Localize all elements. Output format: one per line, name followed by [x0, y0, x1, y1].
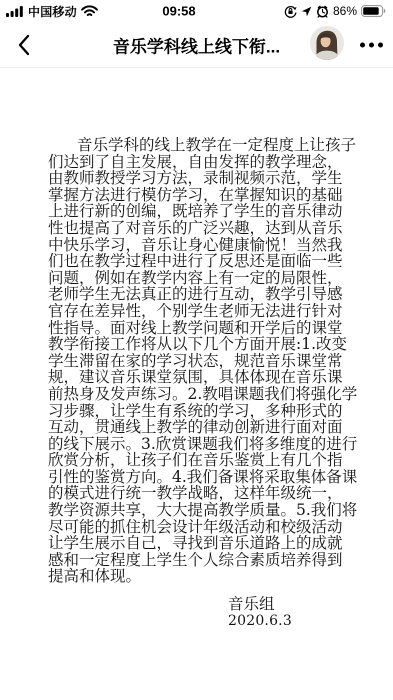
more-button[interactable]: [358, 38, 385, 51]
document-line: 上进行新的创编，既培养了学生的音乐律动: [48, 203, 345, 220]
document-scroll-area[interactable]: 音乐学科的线上教学在一定程度上让孩子们达到了自主发展，自由发挥的教学理念，由教师…: [0, 68, 393, 700]
signature-date: 2020.6.3: [228, 613, 345, 630]
document-line: 官存在差异性，个别学生老师无法进行针对: [48, 303, 345, 320]
document-line: 性指导。面对线上教学问题和开学后的课堂: [48, 320, 345, 337]
signature-block: 音乐组 2020.6.3: [48, 596, 345, 629]
back-button[interactable]: [8, 30, 40, 60]
document-line: 的模式进行统一教学战略，这样年级统一，: [48, 485, 345, 502]
battery-percent-label: 86%: [333, 4, 357, 18]
document-body: 音乐学科的线上教学在一定程度上让孩子们达到了自主发展，自由发挥的教学理念，由教师…: [0, 68, 345, 629]
document-line: 尽可能的抓住机会设计年级活动和校级活动: [48, 519, 345, 536]
document-line: 互动，贯通线上教学的律动创新进行面对面: [48, 419, 345, 436]
document-line: 习步骤，让学生有系统的学习，多种形式的: [48, 403, 345, 420]
rotation-lock-icon: [284, 5, 297, 18]
document-line: 提高和体现。: [48, 568, 345, 585]
alarm-clock-icon: [316, 5, 329, 18]
document-line: 引性的鉴赏方向。4.我们备课将采取集体备课: [48, 469, 345, 486]
document-line: 让学生展示自己，寻找到音乐道路上的成就: [48, 535, 345, 552]
document-line: 学生滞留在家的学习状态，规范音乐课堂常: [48, 353, 345, 370]
back-icon: [18, 34, 30, 56]
user-avatar[interactable]: [310, 26, 344, 60]
document-line: 掌握方法进行模仿学习，在掌握知识的基础: [48, 187, 345, 204]
document-line: 由教师教授学习方法，录制视频示范，学生: [48, 170, 345, 187]
document-line: 问题，例如在教学内容上有一定的局限性，: [48, 270, 345, 287]
nav-bar: 音乐学科线上线下衔...: [0, 22, 393, 68]
document-line: 中快乐学习，音乐让身心健康愉悦！当然我: [48, 237, 345, 254]
wifi-icon: [81, 5, 98, 17]
document-line: 音乐学科的线上教学在一定程度上让孩子: [48, 137, 345, 154]
document-line: 老师学生无法真正的进行互动，教学引导感: [48, 286, 345, 303]
signal-bars-icon: [6, 6, 24, 17]
document-line: 欣赏分析，让孩子们在音乐鉴赏上有几个指: [48, 452, 345, 469]
battery-icon: [361, 5, 386, 17]
document-line: 们也在教学过程中进行了反思还是面临一些: [48, 253, 345, 270]
document-line: 性也提高了对音乐的广泛兴趣，达到从音乐: [48, 220, 345, 237]
clock-time-label: 09:58: [162, 4, 195, 19]
more-ellipsis-icon: [360, 42, 383, 47]
document-line: 规，建议音乐课堂氛围，具体体现在音乐课: [48, 369, 345, 386]
carrier-label: 中国移动: [28, 3, 77, 20]
document-line: 们达到了自主发展，自由发挥的教学理念，: [48, 154, 345, 171]
page-title: 音乐学科线上线下衔...: [113, 32, 280, 57]
signature-name: 音乐组: [228, 596, 345, 613]
document-line: 的线下展示。3.欣赏课题我们将多维度的进行: [48, 436, 345, 453]
document-line: 教学衔接工作将从以下几个方面开展:1.改变: [48, 336, 345, 353]
status-bar: 中国移动 09:58: [0, 0, 393, 22]
location-arrow-icon: [301, 6, 312, 17]
document-line: 教学资源共享，大大提高教学质量。5.我们将: [48, 502, 345, 519]
document-line: 前热身及发声练习。2.教唱课题我们将强化学: [48, 386, 345, 403]
document-line: 感和一定程度上学生个人综合素质培养得到: [48, 552, 345, 569]
